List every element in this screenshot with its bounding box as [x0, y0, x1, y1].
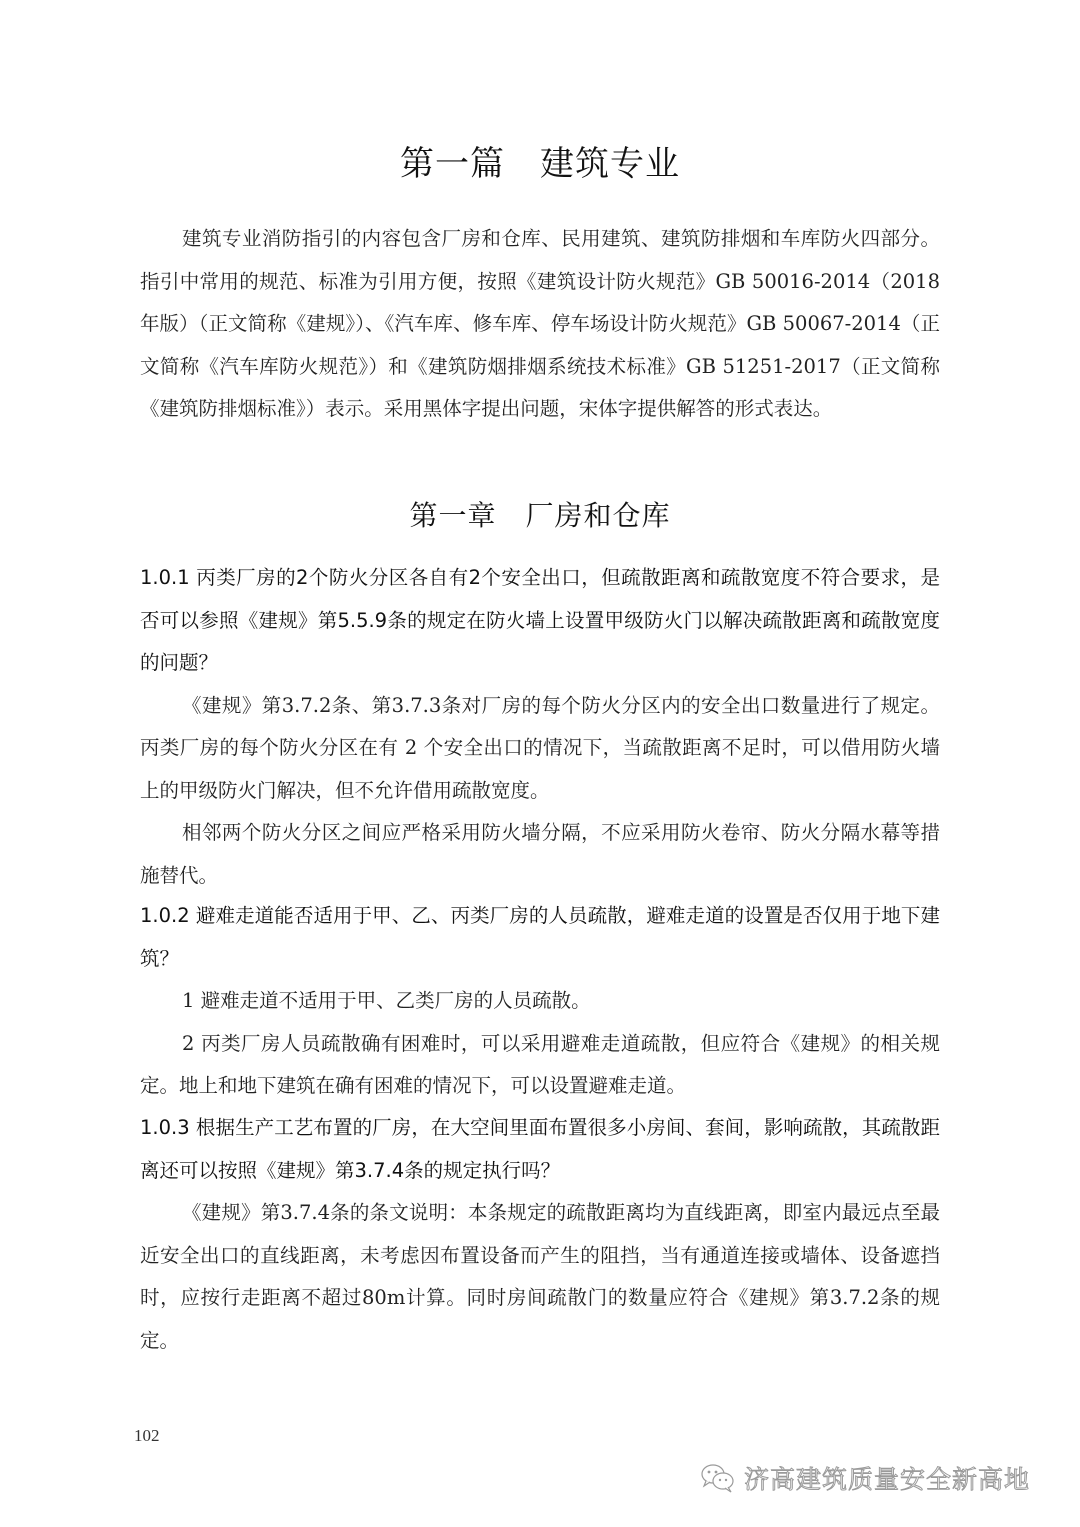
- qa-item-1: 1.0.1 丙类厂房的2个防火分区各自有2个安全出口，但疏散距离和疏散宽度不符合…: [140, 557, 940, 897]
- question-1: 1.0.1 丙类厂房的2个防火分区各自有2个安全出口，但疏散距离和疏散宽度不符合…: [140, 557, 940, 685]
- answer-3-1: 《建规》第3.7.4条的条文说明：本条规定的疏散距离均为直线距离，即室内最远点至…: [140, 1192, 940, 1362]
- intro-paragraph: 建筑专业消防指引的内容包含厂房和仓库、民用建筑、建筑防排烟和车库防火四部分。指引…: [140, 218, 940, 431]
- qa-item-3: 1.0.3 根据生产工艺布置的厂房，在大空间里面布置很多小房间、套间，影响疏散，…: [140, 1107, 940, 1362]
- wechat-icon: [700, 1462, 736, 1494]
- question-3: 1.0.3 根据生产工艺布置的厂房，在大空间里面布置很多小房间、套间，影响疏散，…: [140, 1107, 940, 1192]
- page-number: 102: [134, 1426, 160, 1446]
- answer-1-1: 《建规》第3.7.2条、第3.7.3条对厂房的每个防火分区内的安全出口数量进行了…: [140, 685, 940, 813]
- question-2: 1.0.2 避难走道能否适用于甲、乙、丙类厂房的人员疏散，避难走道的设置是否仅用…: [140, 895, 940, 980]
- intro-text: 建筑专业消防指引的内容包含厂房和仓库、民用建筑、建筑防排烟和车库防火四部分。指引…: [140, 218, 940, 431]
- watermark-text: 济高建筑质量安全新高地: [744, 1460, 1030, 1496]
- part-title: 第一篇 建筑专业: [0, 136, 1080, 185]
- answer-2-2: 2 丙类厂房人员疏散确有困难时，可以采用避难走道疏散，但应符合《建规》的相关规定…: [140, 1023, 940, 1108]
- chapter-title: 第一章 厂房和仓库: [0, 494, 1080, 534]
- qa-item-2: 1.0.2 避难走道能否适用于甲、乙、丙类厂房的人员疏散，避难走道的设置是否仅用…: [140, 895, 940, 1108]
- watermark: 济高建筑质量安全新高地: [700, 1460, 1030, 1496]
- answer-2-1: 1 避难走道不适用于甲、乙类厂房的人员疏散。: [140, 980, 940, 1023]
- answer-1-2: 相邻两个防火分区之间应严格采用防火墙分隔，不应采用防火卷帘、防火分隔水幕等措施替…: [140, 812, 940, 897]
- document-page: 第一篇 建筑专业 建筑专业消防指引的内容包含厂房和仓库、民用建筑、建筑防排烟和车…: [0, 0, 1080, 1527]
